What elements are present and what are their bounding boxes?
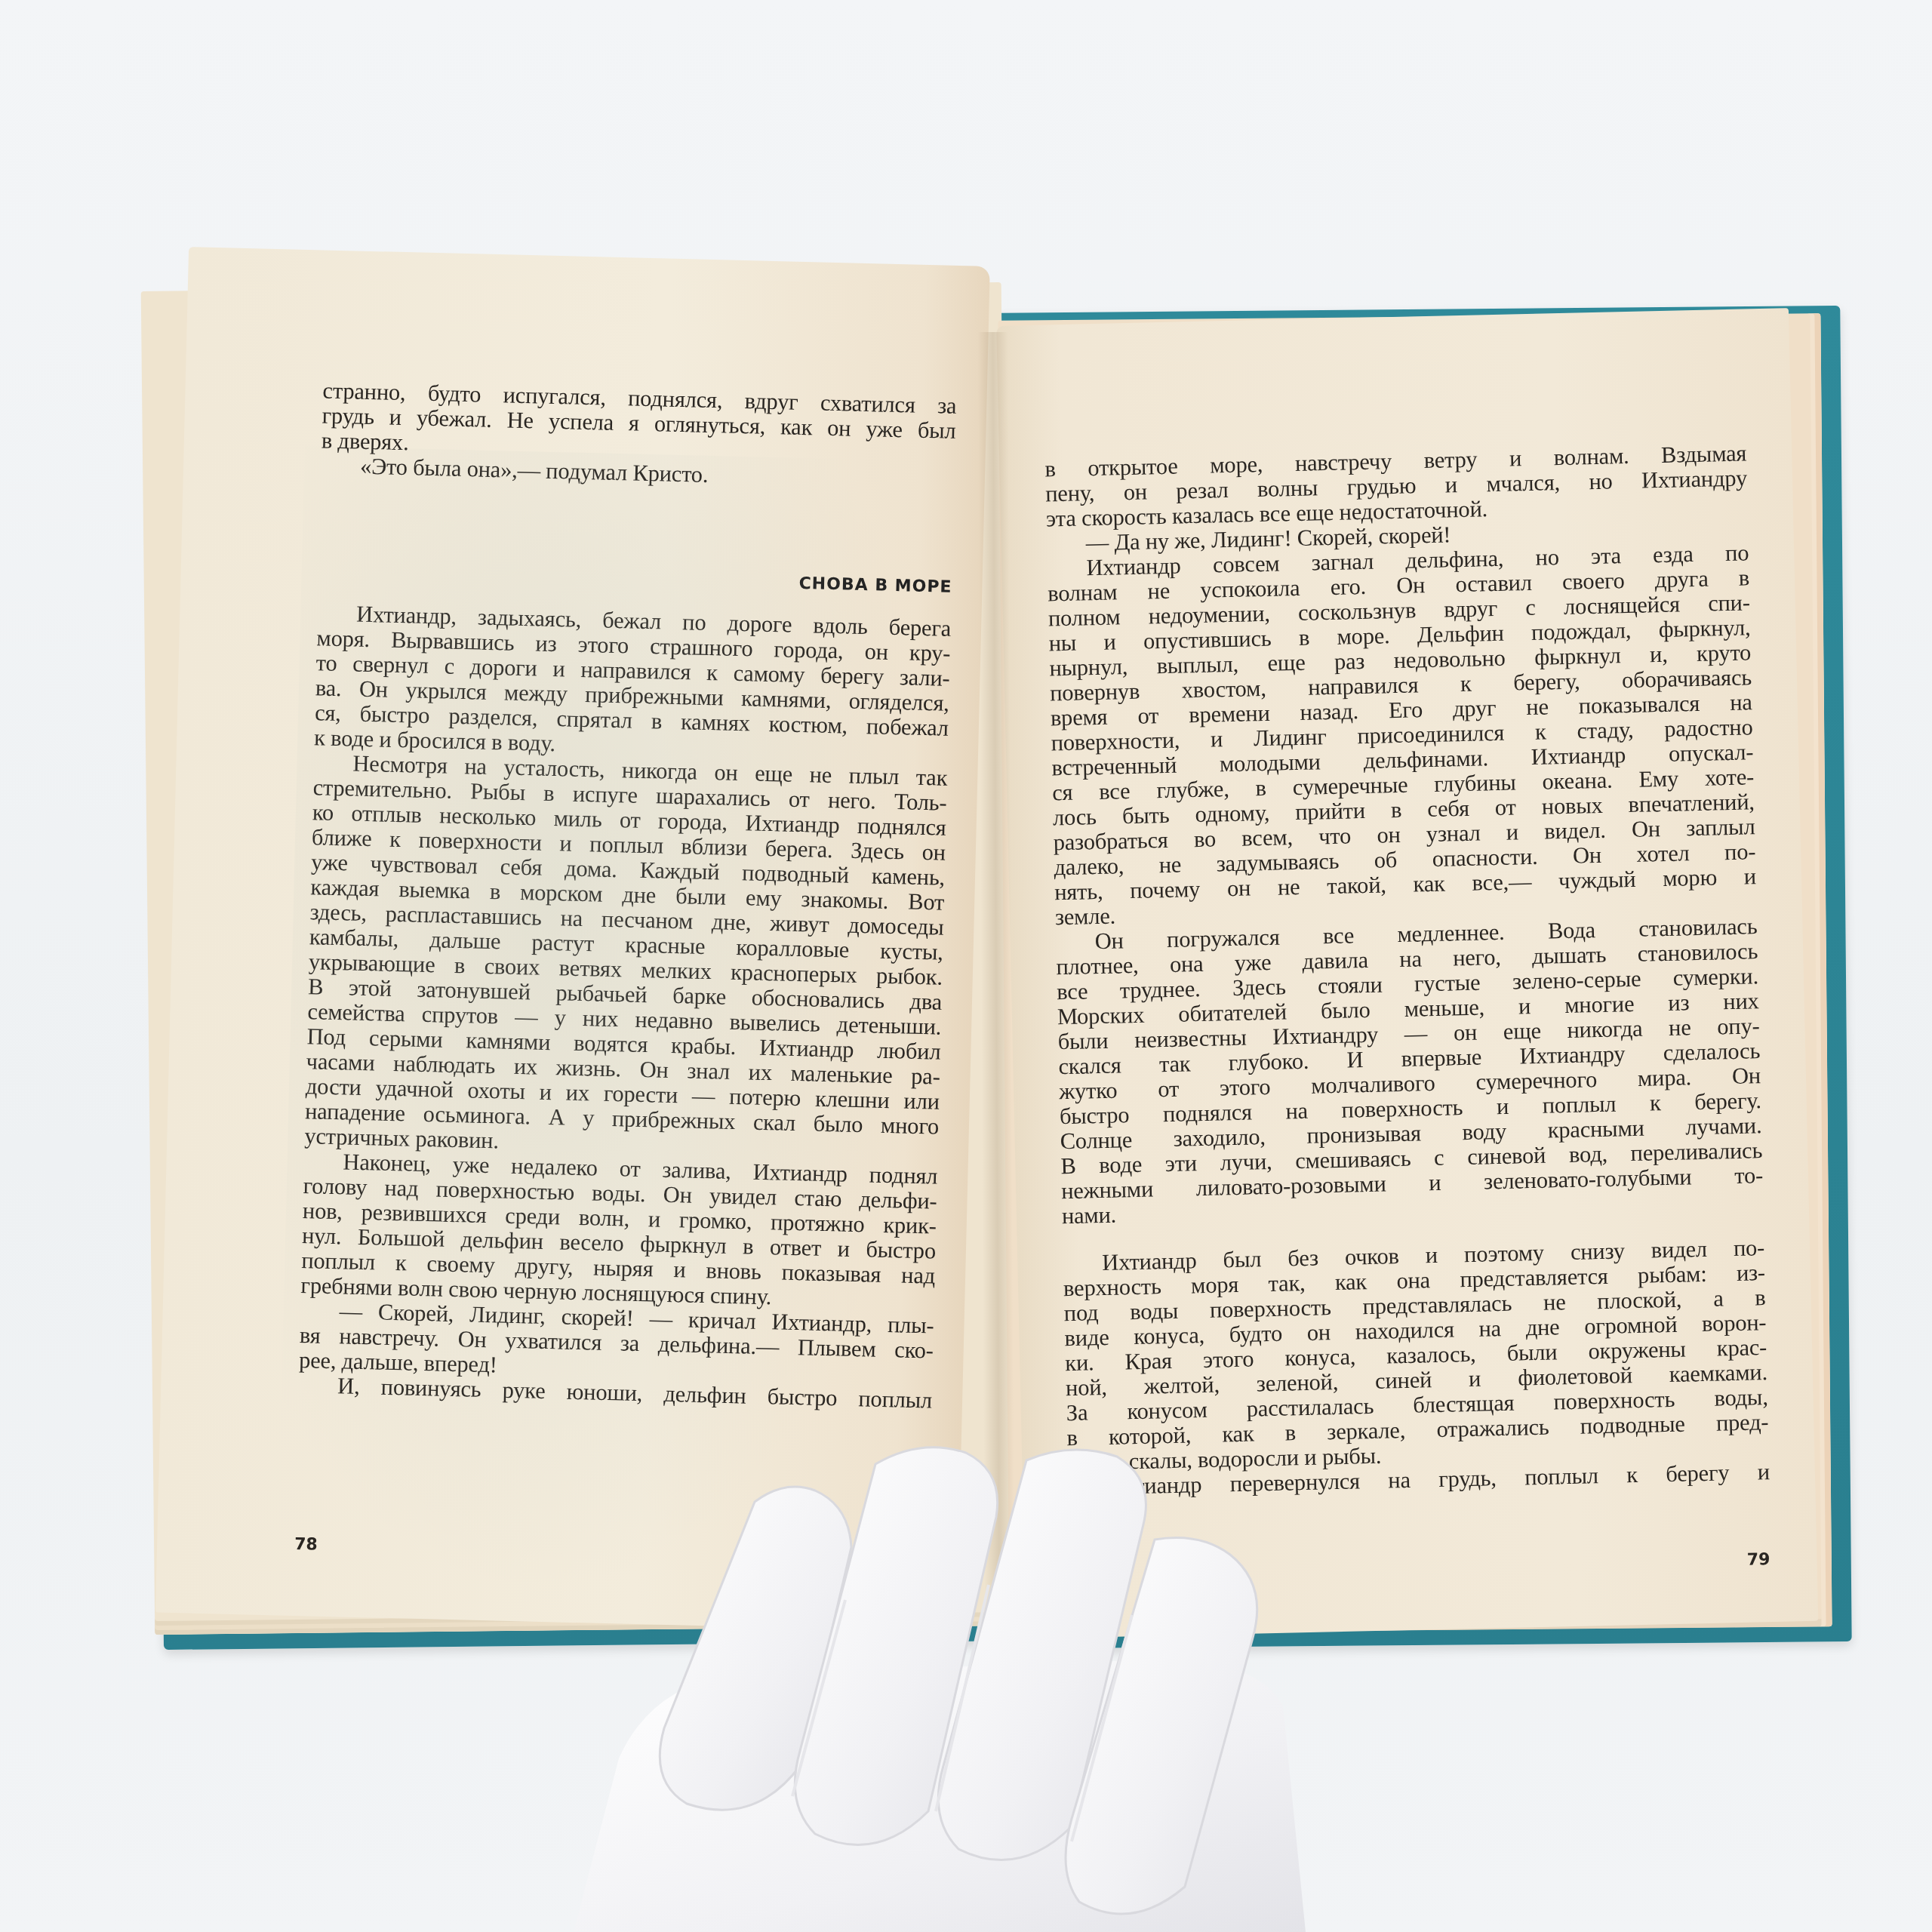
page-number: 78 (294, 1535, 318, 1555)
paragraph: Он погружался все медленнее. Вода станов… (1055, 914, 1764, 1229)
chapter-title: СНОВА В МОРЕ (318, 559, 952, 600)
paragraph: Наконец, уже недалеко от залива, Ихтианд… (300, 1149, 938, 1313)
left-page-text: странно, будто испугался, поднялся, вдру… (298, 378, 957, 1413)
right-page[interactable]: в открытое море, навстречу ветру и волна… (996, 308, 1818, 1638)
paragraph: Несмотря на усталость, никогда он еще не… (304, 750, 948, 1164)
paragraph: Ихтиандр, задыхаясь, бежал по дороге вдо… (314, 601, 952, 765)
page-number: 79 (1747, 1550, 1770, 1570)
photo-scene: странно, будто испугался, поднялся, вдру… (0, 0, 1932, 1932)
left-page[interactable]: странно, будто испугался, поднялся, вдру… (155, 247, 990, 1632)
paragraph: Ихтиандр совсем загнал дельфина, но эта … (1047, 540, 1757, 930)
right-page-text: в открытое море, навстречу ветру и волна… (1044, 441, 1770, 1500)
paragraph: Ихтиандр был без очков и поэтому снизу в… (1063, 1235, 1769, 1475)
